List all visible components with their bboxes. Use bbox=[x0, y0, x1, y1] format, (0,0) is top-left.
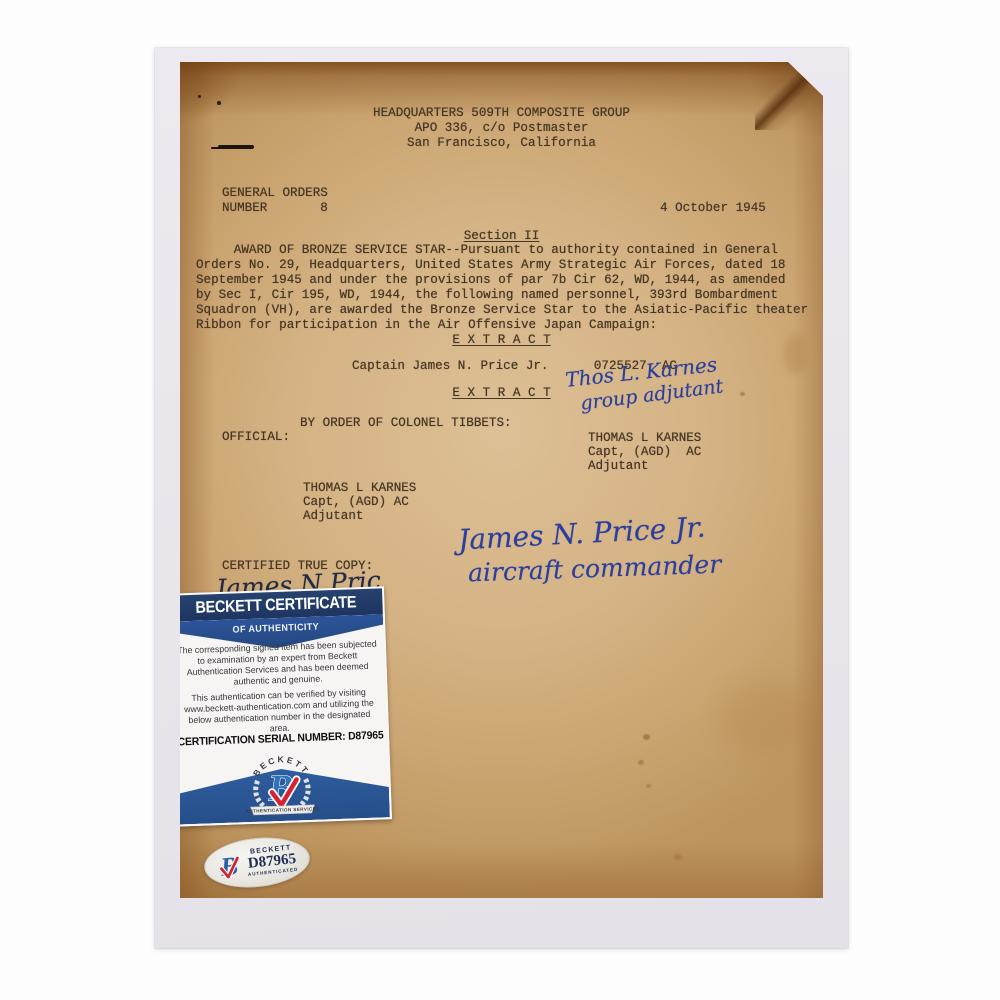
ink-speck bbox=[198, 95, 201, 98]
karnes-right-name: THOMAS L KARNES bbox=[588, 431, 701, 446]
wreath-left bbox=[255, 781, 266, 809]
beckett-hologram-sticker: B BECKETT D87965 AUTHENTICATED bbox=[202, 833, 313, 893]
body-line: by Sec I, Cir 195, WD, 1944, the followi… bbox=[196, 288, 778, 303]
signature-price-line2: aircraft commander bbox=[468, 550, 722, 588]
beckett-subtitle: OF AUTHENTICITY bbox=[233, 622, 320, 636]
orders-label: GENERAL ORDERS bbox=[222, 186, 328, 201]
karnes-left-title: Adjutant bbox=[303, 509, 363, 524]
body-line: September 1945 and under the provisions … bbox=[196, 273, 785, 288]
beckett-shield-logo: BECKETT B AUTHENTICATION SERVICES bbox=[232, 746, 330, 821]
extract-heading-1: E X T R A C T bbox=[180, 333, 823, 348]
section-title: Section II bbox=[180, 229, 823, 244]
signature-price-line1: James N. Price Jr. bbox=[457, 511, 706, 557]
screenshot: HEADQUARTERS 509TH COMPOSITE GROUP APO 3… bbox=[0, 0, 1000, 1000]
doc-date: 4 October 1945 bbox=[660, 201, 766, 216]
body-line: Orders No. 29, Headquarters, United Stat… bbox=[196, 258, 785, 273]
photo-paper: HEADQUARTERS 509TH COMPOSITE GROUP APO 3… bbox=[155, 48, 848, 948]
by-order-line: BY ORDER OF COLONEL TIBBETS: bbox=[300, 416, 512, 431]
body-line: Squadron (VH), are awarded the Bronze Se… bbox=[196, 303, 808, 318]
body-line: AWARD OF BRONZE SERVICE STAR--Pursuant t… bbox=[196, 243, 778, 258]
karnes-left-rank: Capt, (AGD) AC bbox=[303, 495, 409, 510]
beckett-paragraph-1: The corresponding signed item has been s… bbox=[176, 639, 379, 690]
orders-number: NUMBER 8 bbox=[222, 201, 328, 216]
foxing-stain bbox=[646, 784, 651, 788]
doc-header-line3: San Francisco, California bbox=[180, 136, 823, 151]
karnes-right-title: Adjutant bbox=[588, 459, 648, 474]
extract-heading-2: E X T R A C T bbox=[180, 386, 823, 401]
ink-speck bbox=[217, 101, 221, 105]
wreath-right bbox=[298, 779, 309, 807]
doc-header-line1: HEADQUARTERS 509TH COMPOSITE GROUP bbox=[180, 106, 823, 121]
hologram-b-logo: B bbox=[215, 848, 244, 883]
awardee-line: Captain James N. Price Jr. 0725527 AC bbox=[352, 359, 677, 374]
doc-header-line2: APO 336, c/o Postmaster bbox=[180, 121, 823, 136]
karnes-left-name: THOMAS L KARNES bbox=[303, 481, 416, 496]
foxing-stain bbox=[674, 854, 682, 860]
foxing-stain bbox=[643, 734, 650, 740]
karnes-right-rank: Capt, (AGD) AC bbox=[588, 445, 701, 460]
pen-dash-mark bbox=[218, 145, 254, 149]
official-label: OFFICIAL: bbox=[222, 430, 290, 445]
body-line: Ribbon for participation in the Air Offe… bbox=[196, 318, 657, 333]
beckett-coa-sticker: BECKETT CERTIFICATE OF AUTHENTICITY The … bbox=[166, 586, 392, 826]
aged-document: HEADQUARTERS 509TH COMPOSITE GROUP APO 3… bbox=[180, 62, 823, 898]
beckett-banner-title: BECKETT CERTIFICATE bbox=[195, 593, 356, 618]
certified-label: CERTIFIED TRUE COPY: bbox=[222, 559, 373, 574]
foxing-stain bbox=[638, 760, 644, 765]
foxing-stain bbox=[720, 682, 810, 752]
